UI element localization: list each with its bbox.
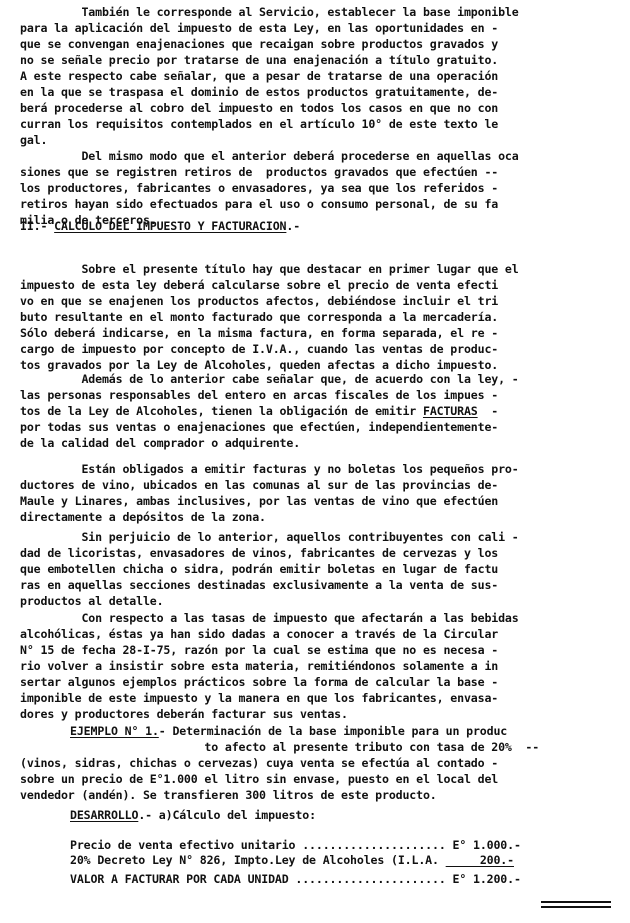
text-line: ductores de vino, ubicados en las comuna… [20,478,498,494]
calc-row-label: Precio de venta efectivo unitario ......… [70,838,446,852]
development-heading: DESARROLLO.- a)Cálculo del impuesto: [70,808,316,824]
text-line: los productores, fabricantes o envasador… [20,181,498,197]
text-line: impuesto de esta ley deberá calcularse s… [20,278,498,294]
text-line: A este respecto cabe señalar, que a pesa… [20,69,498,85]
double-underline-top [541,901,611,903]
section-title: CALCULO DEL IMPUESTO Y FACTURACION [54,219,286,233]
text-line: Con respecto a las tasas de impuesto que… [20,611,519,627]
text-line: Sobre el presente título hay que destaca… [20,262,519,278]
text-line: las personas responsables del entero en … [20,388,498,404]
text-line: gal. [20,133,47,149]
text-line: Están obligados a emitir facturas y no b… [20,462,519,478]
text-line: buto resultante en el monto facturado qu… [20,310,498,326]
text-line: de la calidad del comprador o adquirente… [20,436,300,452]
emphasis-facturas: FACTURAS [423,404,478,418]
text-line: Sólo deberá indicarse, en la misma factu… [20,326,498,342]
text-line: También le corresponde al Servicio, esta… [20,5,519,21]
development-suffix: .- a)Cálculo del impuesto: [138,808,316,822]
text-line: Además de lo anterior cabe señalar que, … [20,372,519,388]
calc-row: Precio de venta efectivo unitario ......… [70,838,521,854]
section-suffix: .- [286,219,300,233]
text-line: N° 15 de fecha 28-I-75, razón por la cua… [20,643,498,659]
text-line: productos al detalle. [20,594,163,610]
text-line: para la aplicación del impuesto de esta … [20,21,498,37]
text-line: sertar algunos ejemplos prácticos sobre … [20,675,498,691]
text-line: curran los requisitos contemplados en el… [20,117,498,133]
text-line: directamente a depósitos de la zona. [20,510,266,526]
example-label: EJEMPLO N° 1. [70,724,159,738]
text-line: que embotellen chicha o sidra, podrán em… [20,562,498,578]
development-label: DESARROLLO [70,808,138,822]
text-line: por todas sus ventas o enajenaciones que… [20,420,498,436]
text-line: imponible de este impuesto y la manera e… [20,691,498,707]
text-line: sobre un precio de E°1.000 el litro sin … [20,772,498,788]
calc-row-total: VALOR A FACTURAR POR CADA UNIDAD .......… [70,872,521,888]
text-line: vendedor (andén). Se transfieren 300 lit… [20,788,437,804]
calc-row-label: 20% Decreto Ley N° 826, Impto.Ley de Alc… [70,853,439,867]
text-line: (vinos, sidras, chichas o cervezas) cuya… [20,756,498,772]
calc-row-label: VALOR A FACTURAR POR CADA UNIDAD .......… [70,872,446,886]
double-underline-bottom [541,906,611,908]
text-line: Maule y Linares, ambas inclusives, por l… [20,494,498,510]
calc-row-amount: E° 1.200.- [453,872,521,886]
text-line: berá procederse al cobro del impuesto en… [20,101,498,117]
example-heading-line: EJEMPLO N° 1.- Determinación de la base … [70,724,507,740]
text-line: retiros hayan sido efectuados para el us… [20,197,498,213]
section-number: II.- [20,219,54,233]
text-fragment: tos de la Ley de Alcoholes, tienen la ob… [20,404,423,418]
example-intro: - Determinación de la base imponible par… [159,724,507,738]
text-line: en la que se traspasa el dominio de esto… [20,85,498,101]
text-line: alcohólicas, éstas ya han sido dadas a c… [20,627,498,643]
calc-row-amount: E° 1.000.- [453,838,521,852]
text-line: dad de licoristas, envasadores de vinos,… [20,546,498,562]
text-line: no se señale precio por tratarse de una … [20,53,498,69]
text-line: tos de la Ley de Alcoholes, tienen la ob… [20,404,498,420]
text-line: dores y productores deberán facturar sus… [20,707,348,723]
text-line: to afecto al presente tributo con tasa d… [20,740,539,756]
text-line: siones que se registren retiros de produ… [20,165,498,181]
text-line: rio volver a insistir sobre esta materia… [20,659,498,675]
text-fragment: - [478,404,499,418]
calc-row: 20% Decreto Ley N° 826, Impto.Ley de Alc… [70,853,514,869]
text-line: que se convengan enajenaciones que recai… [20,37,498,53]
text-line: cargo de impuesto por concepto de I.V.A.… [20,342,498,358]
text-line: Del mismo modo que el anterior deberá pr… [20,149,519,165]
text-line: Sin perjuicio de lo anterior, aquellos c… [20,530,519,546]
section-heading-line: II.- CALCULO DEL IMPUESTO Y FACTURACION.… [20,219,300,235]
text-line: ras en aquellas secciones destinadas exc… [20,578,498,594]
document-page: También le corresponde al Servicio, esta… [0,0,630,923]
calc-row-amount: 200.- [446,853,514,867]
text-line: vo en que se enajenen los productos afec… [20,294,498,310]
